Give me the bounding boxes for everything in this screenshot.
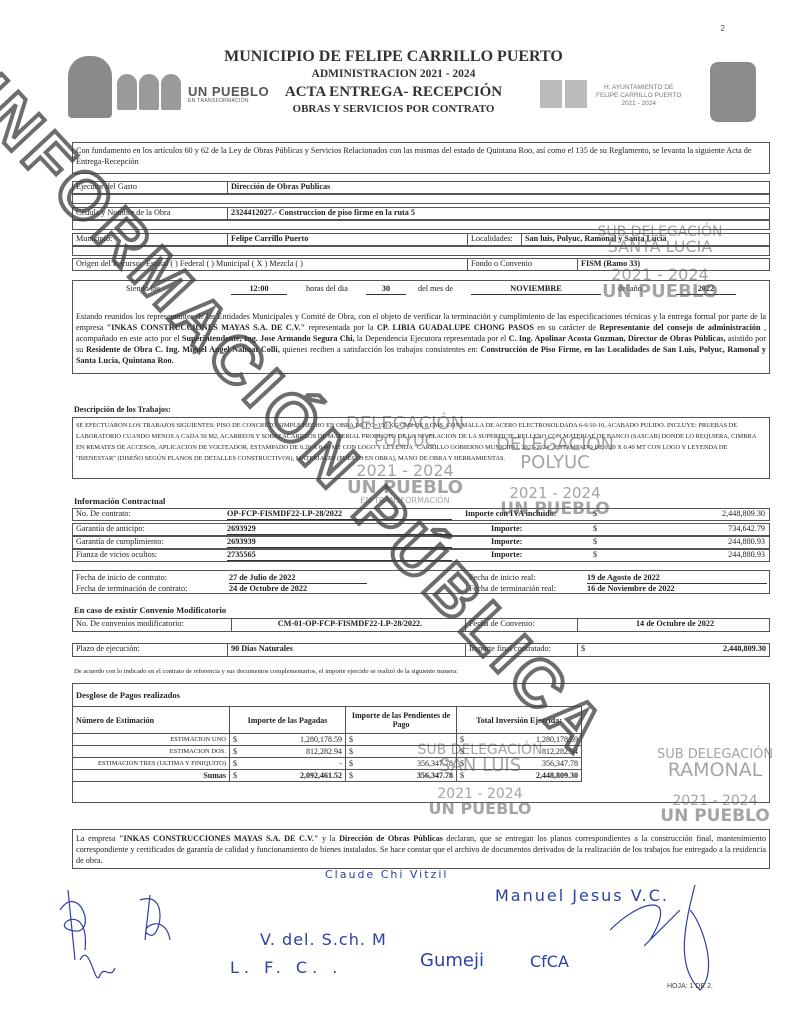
pagos-row: ESTIMACION DOS.$812,282.94$$812,282.94 xyxy=(73,746,582,758)
currency-symbol: $ xyxy=(230,746,247,758)
page-number: 2 xyxy=(721,24,725,33)
municipio-value: Felipe Carrillo Puerto xyxy=(227,234,467,245)
contract-row: Fianza de vicios ocultos:2735565Importe:… xyxy=(72,549,770,562)
contract-row-label: No. De contrato: xyxy=(76,509,131,519)
pagos-row: ESTIMACION TRES (ULTIMA Y FINIQUITO)$-$3… xyxy=(73,758,582,770)
row-convenio: No. De convenios modificatorio: CM-01-OP… xyxy=(72,618,770,632)
residente-name: Residente de Obra C. Ing. Miguel Angel N… xyxy=(86,345,280,354)
administration-period: ADMINISTRACION 2021 - 2024 xyxy=(0,68,787,80)
contract-row-importe-label: Importe: xyxy=(491,524,522,534)
anio-label: del año xyxy=(618,283,642,294)
currency-symbol: $ xyxy=(577,644,617,656)
convenio-numero-value: CM-01-OP-FCP-FISMDF22-LP-28/2022. xyxy=(231,619,465,631)
total-amount: 2,448,809.30 xyxy=(473,770,582,782)
cierre-empresa: "INKAS CONSTRUCCIONES MAYAS S.A. DE C.V.… xyxy=(119,834,318,843)
contract-row-amount: 244,880.93 xyxy=(728,550,765,560)
pendientes-amount xyxy=(362,734,456,746)
total-amount: 1,280,178.59 xyxy=(473,734,582,746)
header-estimacion: Número de Estimación xyxy=(73,707,230,734)
contract-row: Garantía de anticipo:2693929Importe:$734… xyxy=(72,523,770,536)
convenio-title: En caso de existir Convenio Modificatori… xyxy=(74,605,226,615)
acta-paragraph: Estando reunidos los representantes de l… xyxy=(76,311,766,366)
acta-hour: 12:00 xyxy=(231,283,287,295)
cierre-direccion: Dirección de Obras Públicas xyxy=(339,834,443,843)
contract-row-importe-label: Importe: xyxy=(491,537,522,547)
fondo-label: Fondo o Convenio xyxy=(467,259,577,270)
currency-symbol: $ xyxy=(346,746,363,758)
contract-row-amount: 2,448,809.30 xyxy=(722,509,765,519)
contract-row-label: Fianza de vicios ocultos: xyxy=(76,550,157,560)
contract-row-label: Garantía de anticipo: xyxy=(76,524,145,534)
acta-year: 2022 xyxy=(676,283,736,295)
contract-row-value: OP-FCP-FISMDF22-LP-28/2022 xyxy=(227,509,452,520)
fechas-box: Fecha de inicio de contrato: 27 de Julio… xyxy=(72,570,770,594)
estimacion-name: Sumas xyxy=(73,770,230,782)
termino-real-value: 16 de Noviembre de 2022 xyxy=(587,583,675,594)
cedula-label: Cédula y Nombre de la Obra xyxy=(76,208,170,218)
cedula-value: 2324412027.- Construccion de piso firme … xyxy=(227,208,769,219)
currency-symbol: $ xyxy=(346,734,363,746)
representante-name: CP. LIBIA GUADALUPE CHONG PASOS xyxy=(377,323,534,332)
acta-box: Siendo las 12:00 horas del dia 30 del me… xyxy=(72,280,770,374)
contract-row-label: Garantía de cumplimiento: xyxy=(76,537,164,547)
contract-row-currency: $ xyxy=(593,524,597,534)
total-amount: 356,347.78 xyxy=(473,758,582,770)
currency-symbol: $ xyxy=(230,758,247,770)
fondo-value: FISM (Ramo 33) xyxy=(577,259,769,270)
estimacion-name: ESTIMACION UNO xyxy=(73,734,230,746)
cierre-paragraph: La empresa "INKAS CONSTRUCCIONES MAYAS S… xyxy=(72,829,770,869)
contract-row-importe-label: Importe con IVA incluido: xyxy=(465,509,557,519)
contract-row-currency: $ xyxy=(593,537,597,547)
row-ejecutor: Ejecutor del Gasto Dirección de Obras Pu… xyxy=(72,181,770,194)
row-cedula: Cédula y Nombre de la Obra 2324412027.- … xyxy=(72,207,770,220)
pagadas-amount: - xyxy=(246,758,346,770)
contract-row: No. De contrato:OP-FCP-FISMDF22-LP-28/20… xyxy=(72,508,770,521)
currency-symbol: $ xyxy=(230,770,247,782)
pagadas-amount: 2,092,461.52 xyxy=(246,770,346,782)
siendo-label: Siendo las xyxy=(126,283,160,294)
importe-final-label: Importe final contratado: xyxy=(465,644,577,656)
plazo-label: Plazo de ejecución: xyxy=(76,644,140,654)
importe-final-value: 2,448,809.30 xyxy=(617,644,769,656)
contract-row-value: 2693939 xyxy=(227,537,452,548)
spacer-row xyxy=(72,194,770,204)
origen-options: Estatal ( ) Federal ( ) Municipal ( X ) … xyxy=(146,259,303,268)
contractual-title: Información Contractual xyxy=(74,496,165,506)
currency-symbol: $ xyxy=(456,770,473,782)
pagos-table: Número de EstimaciónImporte de las Pagad… xyxy=(72,706,582,782)
acta-month: NOVIEMBRE xyxy=(471,283,601,295)
pagos-title: Desglose de Pagos realizados xyxy=(76,690,180,700)
plazo-value: 90 Dias Naturales xyxy=(227,644,465,656)
contract-row-value: 2693929 xyxy=(227,524,452,535)
currency-symbol: $ xyxy=(456,734,473,746)
descripcion-text: SE EFECTUARON LOS TRABAJOS SIGUIENTES: P… xyxy=(72,417,770,479)
municipality-title: MUNICIPIO DE FELIPE CARRILLO PUERTO xyxy=(0,48,787,66)
contract-row-importe-label: Importe: xyxy=(491,550,522,560)
pagadas-amount: 1,280,178.59 xyxy=(246,734,346,746)
pendientes-amount: 356,347.78 xyxy=(362,770,456,782)
superintendente-name: Superintendente, Ing. Jose Armando Segur… xyxy=(182,334,355,343)
pagos-row: Sumas$2,092,461.52$356,347.78$2,448,809.… xyxy=(73,770,582,782)
estimacion-name: ESTIMACION TRES (ULTIMA Y FINIQUITO) xyxy=(73,758,230,770)
document-title: ACTA ENTREGA- RECEPCIÓN xyxy=(0,84,787,101)
row-plazo: Plazo de ejecución: 90 Dias Naturales Im… xyxy=(72,643,770,657)
ejecutor-value: Dirección de Obras Publicas xyxy=(227,182,769,193)
descripcion-title: Descripción de los Trabajos: xyxy=(74,405,171,414)
director-name: C. Ing. Apolinar Acosta Guzman, Director… xyxy=(509,334,726,343)
spacer-row xyxy=(72,220,770,230)
contract-row-currency: $ xyxy=(593,509,597,519)
pagos-header-row: Número de EstimaciónImporte de las Pagad… xyxy=(73,707,582,734)
currency-symbol: $ xyxy=(456,758,473,770)
convenio-numero-label: No. De convenios modificatorio: xyxy=(76,619,184,629)
pagadas-amount: 812,282.94 xyxy=(246,746,346,758)
currency-symbol: $ xyxy=(346,758,363,770)
document-subtitle: OBRAS Y SERVICIOS POR CONTRATO xyxy=(0,103,787,115)
page-of-total: HOJA: 1 DE 2. xyxy=(667,983,713,990)
convenio-fecha-label: Fecha de Convenio: xyxy=(465,619,577,631)
mes-label: del mes de xyxy=(418,283,453,294)
estimacion-name: ESTIMACION DOS. xyxy=(73,746,230,758)
localidades-label: Localidades: xyxy=(467,234,521,245)
pagos-box: Desglose de Pagos realizados Número de E… xyxy=(72,683,770,803)
header-pagadas: Importe de las Pagadas xyxy=(230,707,346,734)
currency-symbol: $ xyxy=(456,746,473,758)
inicio-contrato-label: Fecha de inicio de contrato: xyxy=(76,572,167,583)
termino-real-label: Fecha de terminación real: xyxy=(469,583,556,594)
ejecutor-label: Ejecutor del Gasto xyxy=(76,182,137,192)
total-amount: 812,282.94 xyxy=(473,746,582,758)
intro-paragraph: Con fundamento en los artículos 60 y 62 … xyxy=(72,142,770,174)
row-municipio: Municipio: Felipe Carrillo Puerto Locali… xyxy=(72,233,770,246)
pendientes-amount: 356,347.78 xyxy=(362,758,456,770)
contract-row-amount: 734,642.79 xyxy=(728,524,765,534)
acta-day: 30 xyxy=(366,283,406,295)
contract-row-currency: $ xyxy=(593,550,597,560)
municipio-label: Municipio: xyxy=(76,234,112,244)
row-origen: Origen del Recurso: Estatal ( ) Federal … xyxy=(72,258,770,271)
horas-label: horas del dia xyxy=(306,283,348,294)
termino-contrato-label: Fecha de terminación de contrato: xyxy=(76,583,187,594)
spacer-row xyxy=(72,246,770,256)
contract-row-value: 2735565 xyxy=(227,550,452,561)
convenio-note: De acuerdo con lo indicado en el contrat… xyxy=(74,668,458,675)
acta-datetime-line: Siendo las 12:00 horas del dia 30 del me… xyxy=(76,283,766,297)
pendientes-amount xyxy=(362,746,456,758)
origen-label: Origen del Recurso: Estatal ( ) Federal … xyxy=(76,259,303,269)
contract-row-amount: 244,880.93 xyxy=(728,537,765,547)
contract-row: Garantía de cumplimiento:2693939Importe:… xyxy=(72,536,770,549)
convenio-fecha-value: 14 de Octubre de 2022 xyxy=(577,619,769,631)
inicio-real-label: Fecha de inicio real: xyxy=(469,572,536,583)
header-total: Total Inversión Ejercida: xyxy=(456,707,581,734)
pagos-row: ESTIMACION UNO$1,280,178.59$$1,280,178.5… xyxy=(73,734,582,746)
localidades-value: San luis, Polyuc, Ramonal y Santa Lucia xyxy=(521,234,769,245)
termino-contrato-value: 24 de Octubre de 2022 xyxy=(229,583,307,594)
currency-symbol: $ xyxy=(230,734,247,746)
signature-scribbles xyxy=(40,880,760,1000)
currency-symbol: $ xyxy=(346,770,363,782)
empresa-name: "INKAS CONSTRUCCIONES MAYAS S.A. DE C.V.… xyxy=(107,323,306,332)
header-pendientes: Importe de las Pendientes de Pago xyxy=(346,707,457,734)
